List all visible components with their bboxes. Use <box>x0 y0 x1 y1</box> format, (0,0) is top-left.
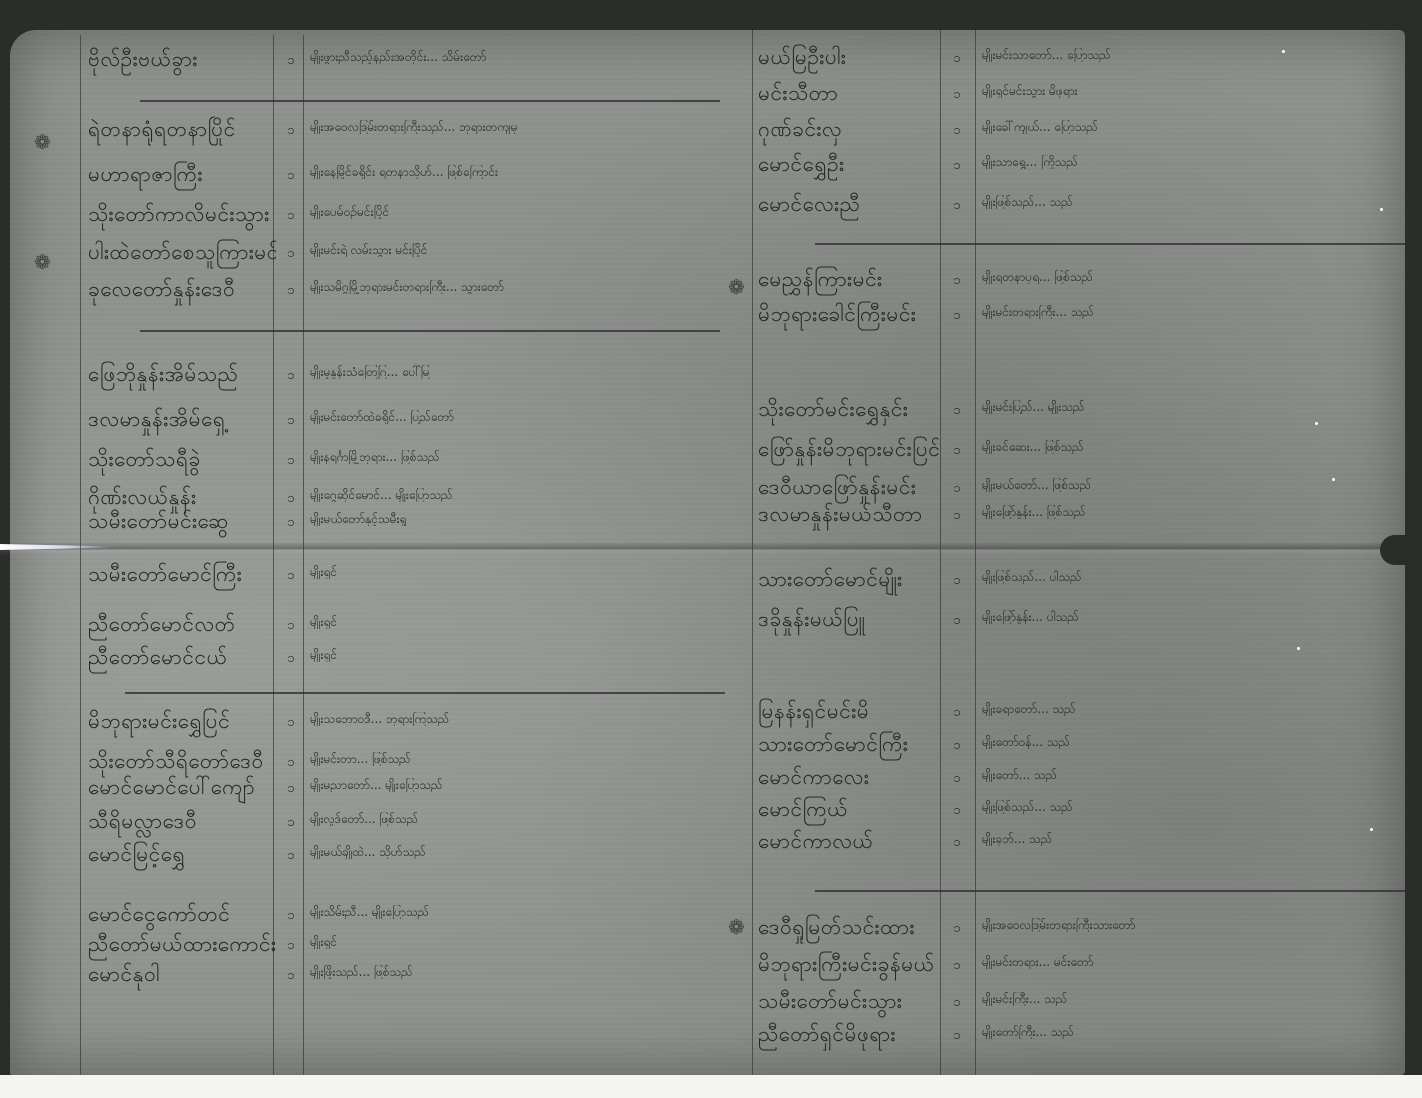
entry-count: ၁ <box>284 245 298 264</box>
entry-name: သိုးတော်မင်းရွှေနှင်း <box>758 396 942 427</box>
flower-ornament-icon: ❁ <box>728 275 745 299</box>
entry-remarks: မျိုးသိမ်းညီ... မျိုးပြောသည် <box>310 905 720 919</box>
entry-name: မောင်ကြယ် <box>758 796 942 827</box>
entry-name: မောင်နုဝါ <box>88 961 276 992</box>
entry-remarks: မျိုးရှင် <box>310 565 720 579</box>
entry-remarks: မျိုးနရင်္ဂာမြို့ဘုရား... ဖြစ်သည် <box>310 450 720 464</box>
rule-center <box>752 30 753 1075</box>
entry-name: မင်းသီတာ <box>758 80 942 111</box>
entry-count: ၁ <box>950 920 964 939</box>
entry-name: ဗိုလ်ဦးဗယ်ခွား <box>88 46 276 77</box>
entry-count: ၁ <box>284 967 298 986</box>
entry-remarks: မျိုးအဝေလဒြမ်းတရားကြီးသည်... ဘုရားတကျမှ <box>310 120 720 134</box>
entry-remarks: မျိုးဖြစ်သည်... သည် <box>982 800 1392 814</box>
entry-name: သမီးတော်မင်းဆွေ <box>88 508 276 539</box>
dust <box>1370 828 1373 831</box>
divider <box>815 890 1405 892</box>
entry-count: ၁ <box>284 367 298 386</box>
entry-name: ဖြေဘိုနှုန်းအိမ်သည် <box>88 361 276 392</box>
entry-count: ၁ <box>284 714 298 733</box>
entry-count: ၁ <box>950 272 964 291</box>
entry-name: မြနန်းရှင်မင်းမိ <box>758 698 942 729</box>
entry-count: ၁ <box>284 617 298 636</box>
divider <box>815 243 1405 245</box>
scan-margin <box>0 1075 1422 1098</box>
entry-name: မောင်ကာလယ် <box>758 828 942 859</box>
entry-count: ၁ <box>284 567 298 586</box>
entry-remarks: မျိုးခရာတော်... သည် <box>982 702 1392 716</box>
entry-count: ၁ <box>284 452 298 471</box>
entry-name: ညီတော်မောင်လတ် <box>88 611 276 642</box>
entry-remarks: မျိုးမင်းတရား... မင်းတော် <box>982 955 1392 969</box>
entry-remarks: မျိုးရှင် <box>310 935 720 949</box>
dust <box>1380 208 1383 211</box>
entry-name: မေညွှန်ကြားမင်း <box>758 266 942 297</box>
entry-remarks: မျိုးတော်ကြီး... သည် <box>982 1025 1392 1039</box>
entry-count: ၁ <box>950 704 964 723</box>
entry-name: ဖြော်နှုန်းမိဘုရားမင်းပြင် <box>758 436 942 467</box>
entry-remarks: မျိုးမင်းကြီး... သည် <box>982 992 1392 1006</box>
entry-count: ၁ <box>284 207 298 226</box>
rule-right-text-col <box>975 30 976 1075</box>
entry-count: ၁ <box>950 612 964 631</box>
entry-count: ၁ <box>284 490 298 509</box>
entry-count: ၁ <box>950 307 964 326</box>
entry-count: ၁ <box>284 282 298 301</box>
entry-remarks: မျိုးခင်ဆေး... ဖြစ်သည် <box>982 440 1392 454</box>
entry-count: ၁ <box>284 514 298 533</box>
entry-name: ခုလေတော်နှုန်းဒေဝီ <box>88 276 276 307</box>
entry-name: မိဘုရားခေါင်ကြီးမင်း <box>758 301 942 332</box>
entry-remarks: မျိုးဖွားညီသည့်နည်းအတိုင်း... သိမ်းတော် <box>310 50 720 64</box>
flower-ornament-icon: ❁ <box>34 250 51 274</box>
divider <box>125 692 725 694</box>
entry-count: ၁ <box>284 780 298 799</box>
entry-remarks: မျိုးရှင် <box>310 648 720 662</box>
entry-remarks: မျိုးမင်းပြည်... မျိုးသည် <box>982 400 1392 414</box>
entry-count: ၁ <box>950 480 964 499</box>
entry-remarks: မျိုးမယ်ချိုထဲ... သိုဟ်သည် <box>310 845 720 859</box>
entry-remarks: မျိုးတော်ဝန်... သည် <box>982 735 1392 749</box>
entry-name: သမီးတော်မောင်ကြီး <box>88 561 276 592</box>
entry-count: ၁ <box>950 737 964 756</box>
fold-crease <box>0 542 1422 556</box>
rule-left-name-col <box>80 35 81 1075</box>
dust <box>1282 50 1285 53</box>
entry-name: သီရိမလ္လာဒေဝီ <box>88 808 276 839</box>
dust <box>1332 478 1335 481</box>
entry-remarks: မျိုးမင်းတော်ထဲခရိုင်... ပြည်တော် <box>310 410 720 424</box>
entry-count: ၁ <box>284 754 298 773</box>
entry-remarks: မျိုးဖြစ်သည်... သည် <box>982 195 1392 209</box>
divider <box>140 100 720 102</box>
entry-name: မဟာရာဇာကြီး <box>88 161 276 192</box>
entry-remarks: မျိုးခုဘ်... သည် <box>982 832 1392 846</box>
entry-remarks: မျိုးမယ်တော်... ဖြစ်သည် <box>982 478 1392 492</box>
entry-remarks: မျိုးအဝေလဒြမ်းတရားကြီးသားတော် <box>982 918 1392 932</box>
entry-remarks: မျိုးရှင်မင်းသွား မိဖုရား <box>982 84 1392 98</box>
entry-name: မောင်လေးညီ <box>758 191 942 222</box>
entry-remarks: မျိုးမယ်တော်နှင့်သမီးရူ <box>310 512 720 526</box>
entry-name: မောင်ကာလေး <box>758 764 942 795</box>
entry-count: ၁ <box>950 402 964 421</box>
entry-count: ၁ <box>950 802 964 821</box>
entry-remarks: မျိုးနေမြိုင်ခရိုင်း ရတနာသိုဟ်... ဖြစ်ကြ… <box>310 165 720 179</box>
entry-remarks: မျိုးမှုနှုန်းသံတြေဂြ... ပေါ်မြ <box>310 365 720 379</box>
entry-remarks: မျိုးဖြစ်သည်... ပါသည် <box>982 570 1392 584</box>
entry-remarks: မျိုးခေါ်ကျယ်... ပြောသည် <box>982 120 1392 134</box>
entry-name: ပါးထဲတော်စေသူကြားမင် <box>88 239 276 270</box>
entry-name: ဒလမာနှုန်းမယ်သီတာ <box>758 501 942 532</box>
entry-name: သမီးတော်မင်းသွား <box>758 988 942 1019</box>
entry-remarks: မျိုးတော်... သည် <box>982 768 1392 782</box>
entry-count: ၁ <box>950 197 964 216</box>
entry-name: သိုးတော်ကာလိမင်းသွား <box>88 201 276 232</box>
flower-ornament-icon: ❁ <box>728 915 745 939</box>
entry-remarks: မျိုးရှင် <box>310 615 720 629</box>
entry-remarks: မျိုးမင်းတရားကြီး... သည် <box>982 305 1392 319</box>
entry-remarks: မျိုးပေမ်ဝဉ်မင်းပြိုင် <box>310 205 720 219</box>
entry-count: ၁ <box>950 50 964 69</box>
entry-count: ၁ <box>284 650 298 669</box>
entry-count: ၁ <box>950 572 964 591</box>
entry-count: ၁ <box>284 52 298 71</box>
entry-name: ရဲတနာရုံရတနာပြိုင် <box>88 116 276 147</box>
entry-count: ၁ <box>950 157 964 176</box>
entry-name: ညီတော်ရှင်မိဖုရား <box>758 1021 942 1052</box>
entry-name: မိဘုရားကြီးမင်းခွန်မယ် <box>758 951 942 982</box>
entry-count: ၁ <box>950 770 964 789</box>
divider <box>140 330 720 332</box>
dust <box>1297 647 1300 650</box>
entry-name: ညီတော်မောင်ငယ် <box>88 644 276 675</box>
entry-remarks: မျိုးဖြော်နှုန်း... ဖြစ်သည် <box>982 505 1392 519</box>
entry-count: ၁ <box>284 907 298 926</box>
entry-count: ၁ <box>950 994 964 1013</box>
rule-left-text-col <box>303 35 304 1075</box>
entry-count: ၁ <box>950 86 964 105</box>
entry-remarks: မျိုးလှုဒ်တော်... ဖြစ်သည် <box>310 812 720 826</box>
entry-name: ဒေဝီရှုမြတ်သင်းထား <box>758 914 942 945</box>
entry-count: ၁ <box>284 847 298 866</box>
entry-count: ၁ <box>284 412 298 431</box>
entry-name: ဒလမာနှုန်းအိမ်ရှေ့ <box>88 406 276 437</box>
entry-name: မိဘုရားမင်းရွှေပြင် <box>88 708 276 739</box>
entry-remarks: မျိုးသာရွှေ... ကြိုသည် <box>982 155 1392 169</box>
entry-name: မောင်မြင့်ရွှေ <box>88 841 276 872</box>
entry-count: ၁ <box>284 814 298 833</box>
entry-name: မောင်မောင်ပေါ်ကျော် <box>88 774 276 805</box>
entry-remarks: မျိုးမင်းရဲ လမ်းသွား မင်းပြိုင် <box>310 243 720 257</box>
entry-remarks: မျိုးရတနာပုရ... ဖြစ်သည် <box>982 270 1392 284</box>
fold-notch-right <box>1380 535 1422 565</box>
entry-count: ၁ <box>950 507 964 526</box>
entry-name: မယ်မြဦးပါး <box>758 44 942 75</box>
entry-remarks: မျိုးဂွေဆိုင်မောင်... မျိုးပြောသည် <box>310 488 720 502</box>
entry-remarks: မျိုးမင်းသာတော်... ပြောသည် <box>982 48 1392 62</box>
entry-remarks: မျိုးသမိဂ္ဂမြို့ဘုရားမင်းတရားကြီး... သွာ… <box>310 280 720 294</box>
entry-name: သားတော်မောင်မျိုး <box>758 566 942 597</box>
entry-name: မောင်ငွေကော်တင် <box>88 901 276 932</box>
entry-remarks: မျိုးမညာတော်... မျိုးပြောသည် <box>310 778 720 792</box>
entry-remarks: မျိုးမင်းတာ... ဖြစ်သည် <box>310 752 720 766</box>
dust <box>1315 422 1318 425</box>
entry-name: သားတော်မောင်ကြီး <box>758 731 942 762</box>
entry-count: ၁ <box>950 442 964 461</box>
entry-count: ၁ <box>950 1027 964 1046</box>
entry-count: ၁ <box>284 937 298 956</box>
entry-name: မောင်ရွှေဦး <box>758 151 942 182</box>
entry-count: ၁ <box>284 167 298 186</box>
entry-remarks: မျိုးဖြိုးသည်... ဖြစ်သည် <box>310 965 720 979</box>
flower-ornament-icon: ❁ <box>34 130 51 154</box>
entry-name: သိုးတော်သရီခွဲ <box>88 446 276 477</box>
entry-count: ၁ <box>950 122 964 141</box>
entry-count: ၁ <box>284 122 298 141</box>
entry-remarks: မျိုးဖြော်နှုန်း... ပါသည် <box>982 610 1392 624</box>
entry-remarks: မျိုးသဘောဝဒီ... ဘုရားကြသည် <box>310 712 720 726</box>
entry-count: ၁ <box>950 834 964 853</box>
entry-name: ညီတော်မယ်ထားကောင်း <box>88 931 276 962</box>
entry-name: ဒခိုနှုန်းမယ်ပြူ <box>758 606 942 637</box>
entry-count: ၁ <box>950 957 964 976</box>
entry-name: ဂုဏ်ခင်းလှ <box>758 116 942 147</box>
